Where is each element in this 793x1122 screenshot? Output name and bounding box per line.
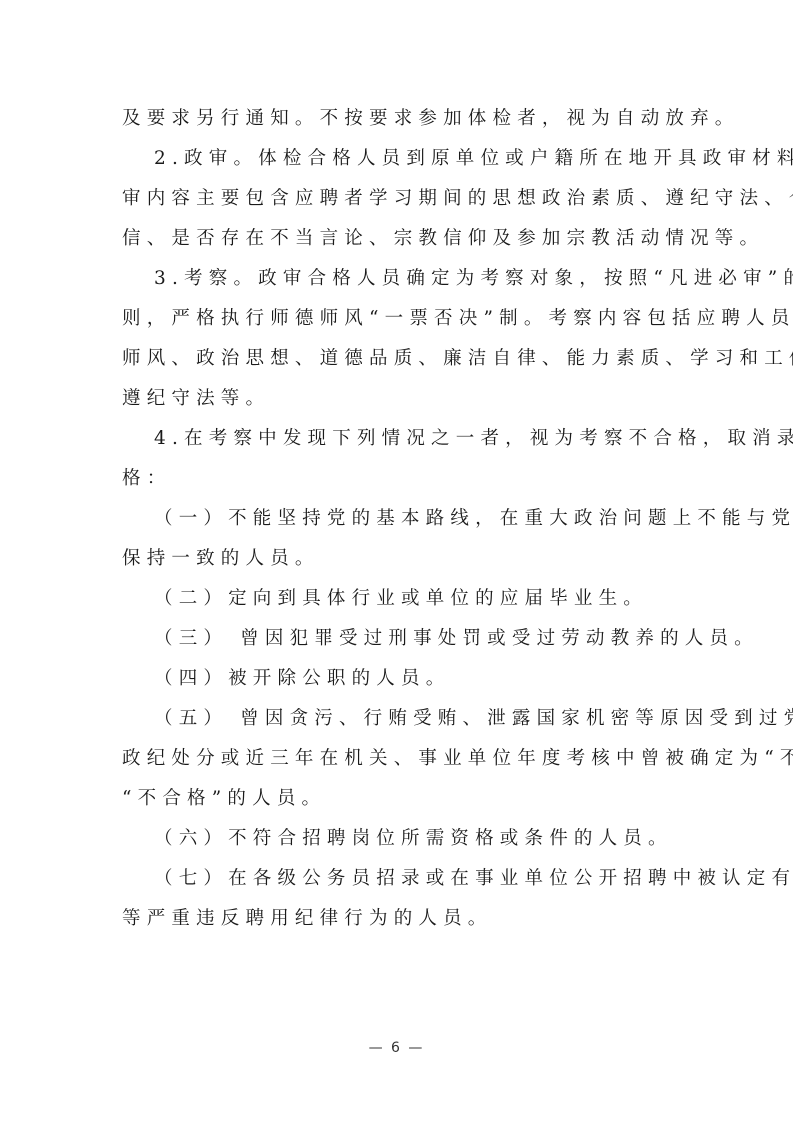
text-line: 遵纪守法等。 (122, 379, 674, 419)
text-line-subitem-3: （三） 曾因犯罪受过刑事处罚或受过劳动教养的人员。 (122, 619, 674, 659)
page-number: — 6 — (0, 1040, 793, 1056)
text-line-subitem-2: （二）定向到具体行业或单位的应届毕业生。 (122, 579, 674, 619)
document-page: 及要求另行通知。不按要求参加体检者，视为自动放弃。 2.政审。体检合格人员到原单… (122, 99, 674, 939)
text-line-item-3-inspection: 3.考察。政审合格人员确定为考察对象，按照“凡进必审”的原 (122, 259, 674, 299)
text-line-item-4-disqualification: 4.在考察中发现下列情况之一者，视为考察不合格，取消录用资 (122, 419, 674, 459)
text-line-subitem-4: （四）被开除公职的人员。 (122, 659, 674, 699)
text-line-item-2-politics-review: 2.政审。体检合格人员到原单位或户籍所在地开具政审材料，政 (122, 139, 674, 179)
text-line: 格： (122, 459, 674, 499)
text-line: 及要求另行通知。不按要求参加体检者，视为自动放弃。 (122, 99, 674, 139)
text-line: “不合格”的人员。 (122, 779, 674, 819)
text-line: 政纪处分或近三年在机关、事业单位年度考核中曾被确定为“不称职” (122, 739, 674, 779)
text-line-subitem-1: （一）不能坚持党的基本路线，在重大政治问题上不能与党中央 (122, 499, 674, 539)
text-line-subitem-6: （六）不符合招聘岗位所需资格或条件的人员。 (122, 819, 674, 859)
text-line: 等严重违反聘用纪律行为的人员。 (122, 899, 674, 939)
text-line: 师风、政治思想、道德品质、廉洁自律、能力素质、学习和工作表现、 (122, 339, 674, 379)
text-line: 则，严格执行师德师风“一票否决”制。考察内容包括应聘人员师德 (122, 299, 674, 339)
text-line: 审内容主要包含应聘者学习期间的思想政治素质、遵纪守法、个人诚 (122, 179, 674, 219)
text-line-subitem-7: （七）在各级公务员招录或在事业单位公开招聘中被认定有舞弊 (122, 859, 674, 899)
text-line: 信、是否存在不当言论、宗教信仰及参加宗教活动情况等。 (122, 219, 674, 259)
text-line: 保持一致的人员。 (122, 539, 674, 579)
text-line-subitem-5: （五） 曾因贪污、行贿受贿、泄露国家机密等原因受到过党纪、 (122, 699, 674, 739)
